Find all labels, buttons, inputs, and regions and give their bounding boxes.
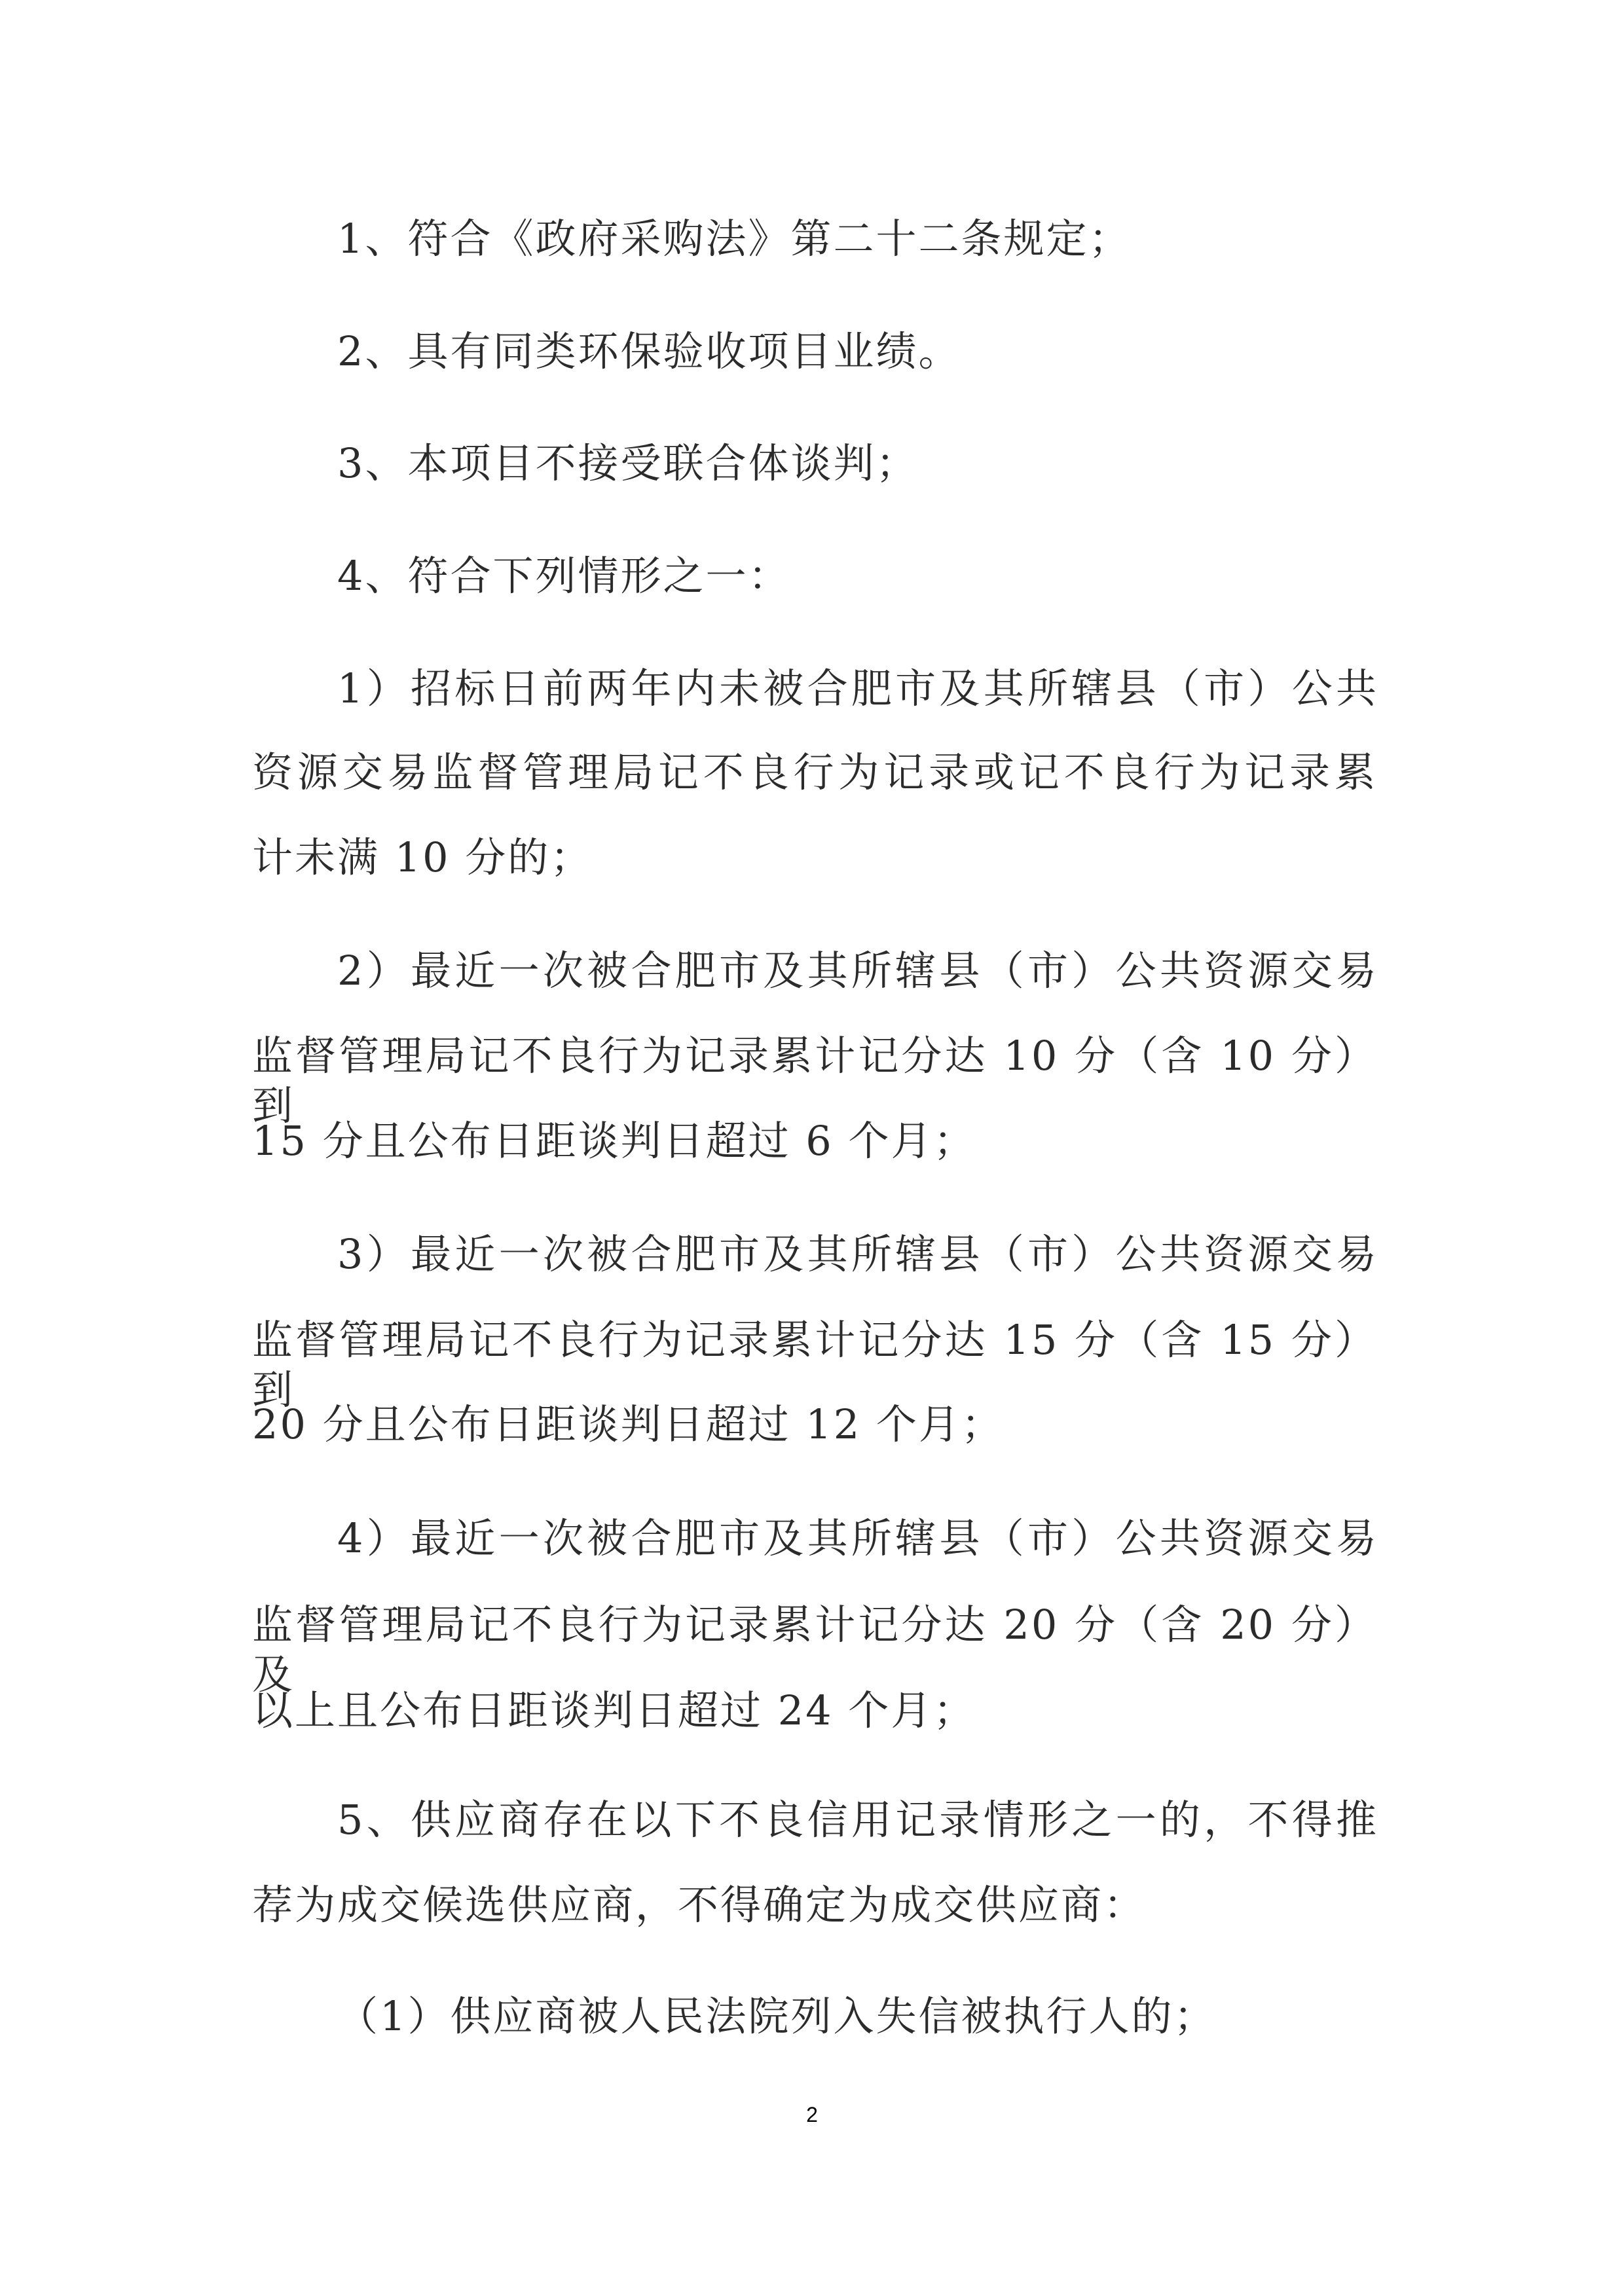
condition-1-line-3: 计未满 10 分的；	[252, 833, 593, 883]
page-number: 2	[786, 2100, 838, 2129]
condition-2-line-3: 15 分且公布日距谈判日超过 6 个月；	[252, 1116, 976, 1166]
condition-3-line-3: 20 分且公布日距谈判日超过 12 个月；	[252, 1400, 1004, 1449]
document-page: 1、符合《政府采购法》第二十二条规定； 2、具有同类环保验收项目业绩。 3、本项…	[0, 0, 1624, 2296]
condition-4-line-3: 以上且公布日距谈判日超过 24 个月；	[252, 1686, 976, 1736]
requirement-5-line-1: 5、供应商存在以下不良信用记录情形之一的，不得推	[337, 1795, 1378, 1845]
requirement-5-line-2: 荐为成交候选供应商，不得确定为成交供应商：	[252, 1880, 1146, 1930]
condition-1-line-2: 资源交易监督管理局记不良行为记录或记不良行为记录累	[252, 748, 1377, 797]
requirement-2: 2、具有同类环保验收项目业绩。	[337, 327, 961, 376]
condition-3-line-1: 3）最近一次被合肥市及其所辖县（市）公共资源交易	[337, 1230, 1378, 1279]
requirement-1: 1、符合《政府采购法》第二十二条规定；	[337, 214, 1131, 264]
credit-record-item-1: （1）供应商被人民法院列入失信被执行人的；	[337, 1992, 1216, 2041]
condition-1-line-1: 1）招标日前两年内未被合肥市及其所辖县（市）公共	[337, 664, 1378, 714]
condition-4-line-2: 监督管理局记不良行为记录累计记分达 20 分（含 20 分）及	[252, 1600, 1377, 1650]
requirement-3: 3、本项目不接受联合体谈判；	[337, 439, 918, 488]
requirement-4: 4、符合下列情形之一：	[337, 551, 790, 601]
condition-3-line-2: 监督管理局记不良行为记录累计记分达 15 分（含 15 分）到	[252, 1315, 1377, 1365]
condition-4-line-1: 4）最近一次被合肥市及其所辖县（市）公共资源交易	[337, 1514, 1378, 1563]
condition-2-line-1: 2）最近一次被合肥市及其所辖县（市）公共资源交易	[337, 946, 1378, 996]
condition-2-line-2: 监督管理局记不良行为记录累计记分达 10 分（含 10 分）到	[252, 1031, 1377, 1081]
